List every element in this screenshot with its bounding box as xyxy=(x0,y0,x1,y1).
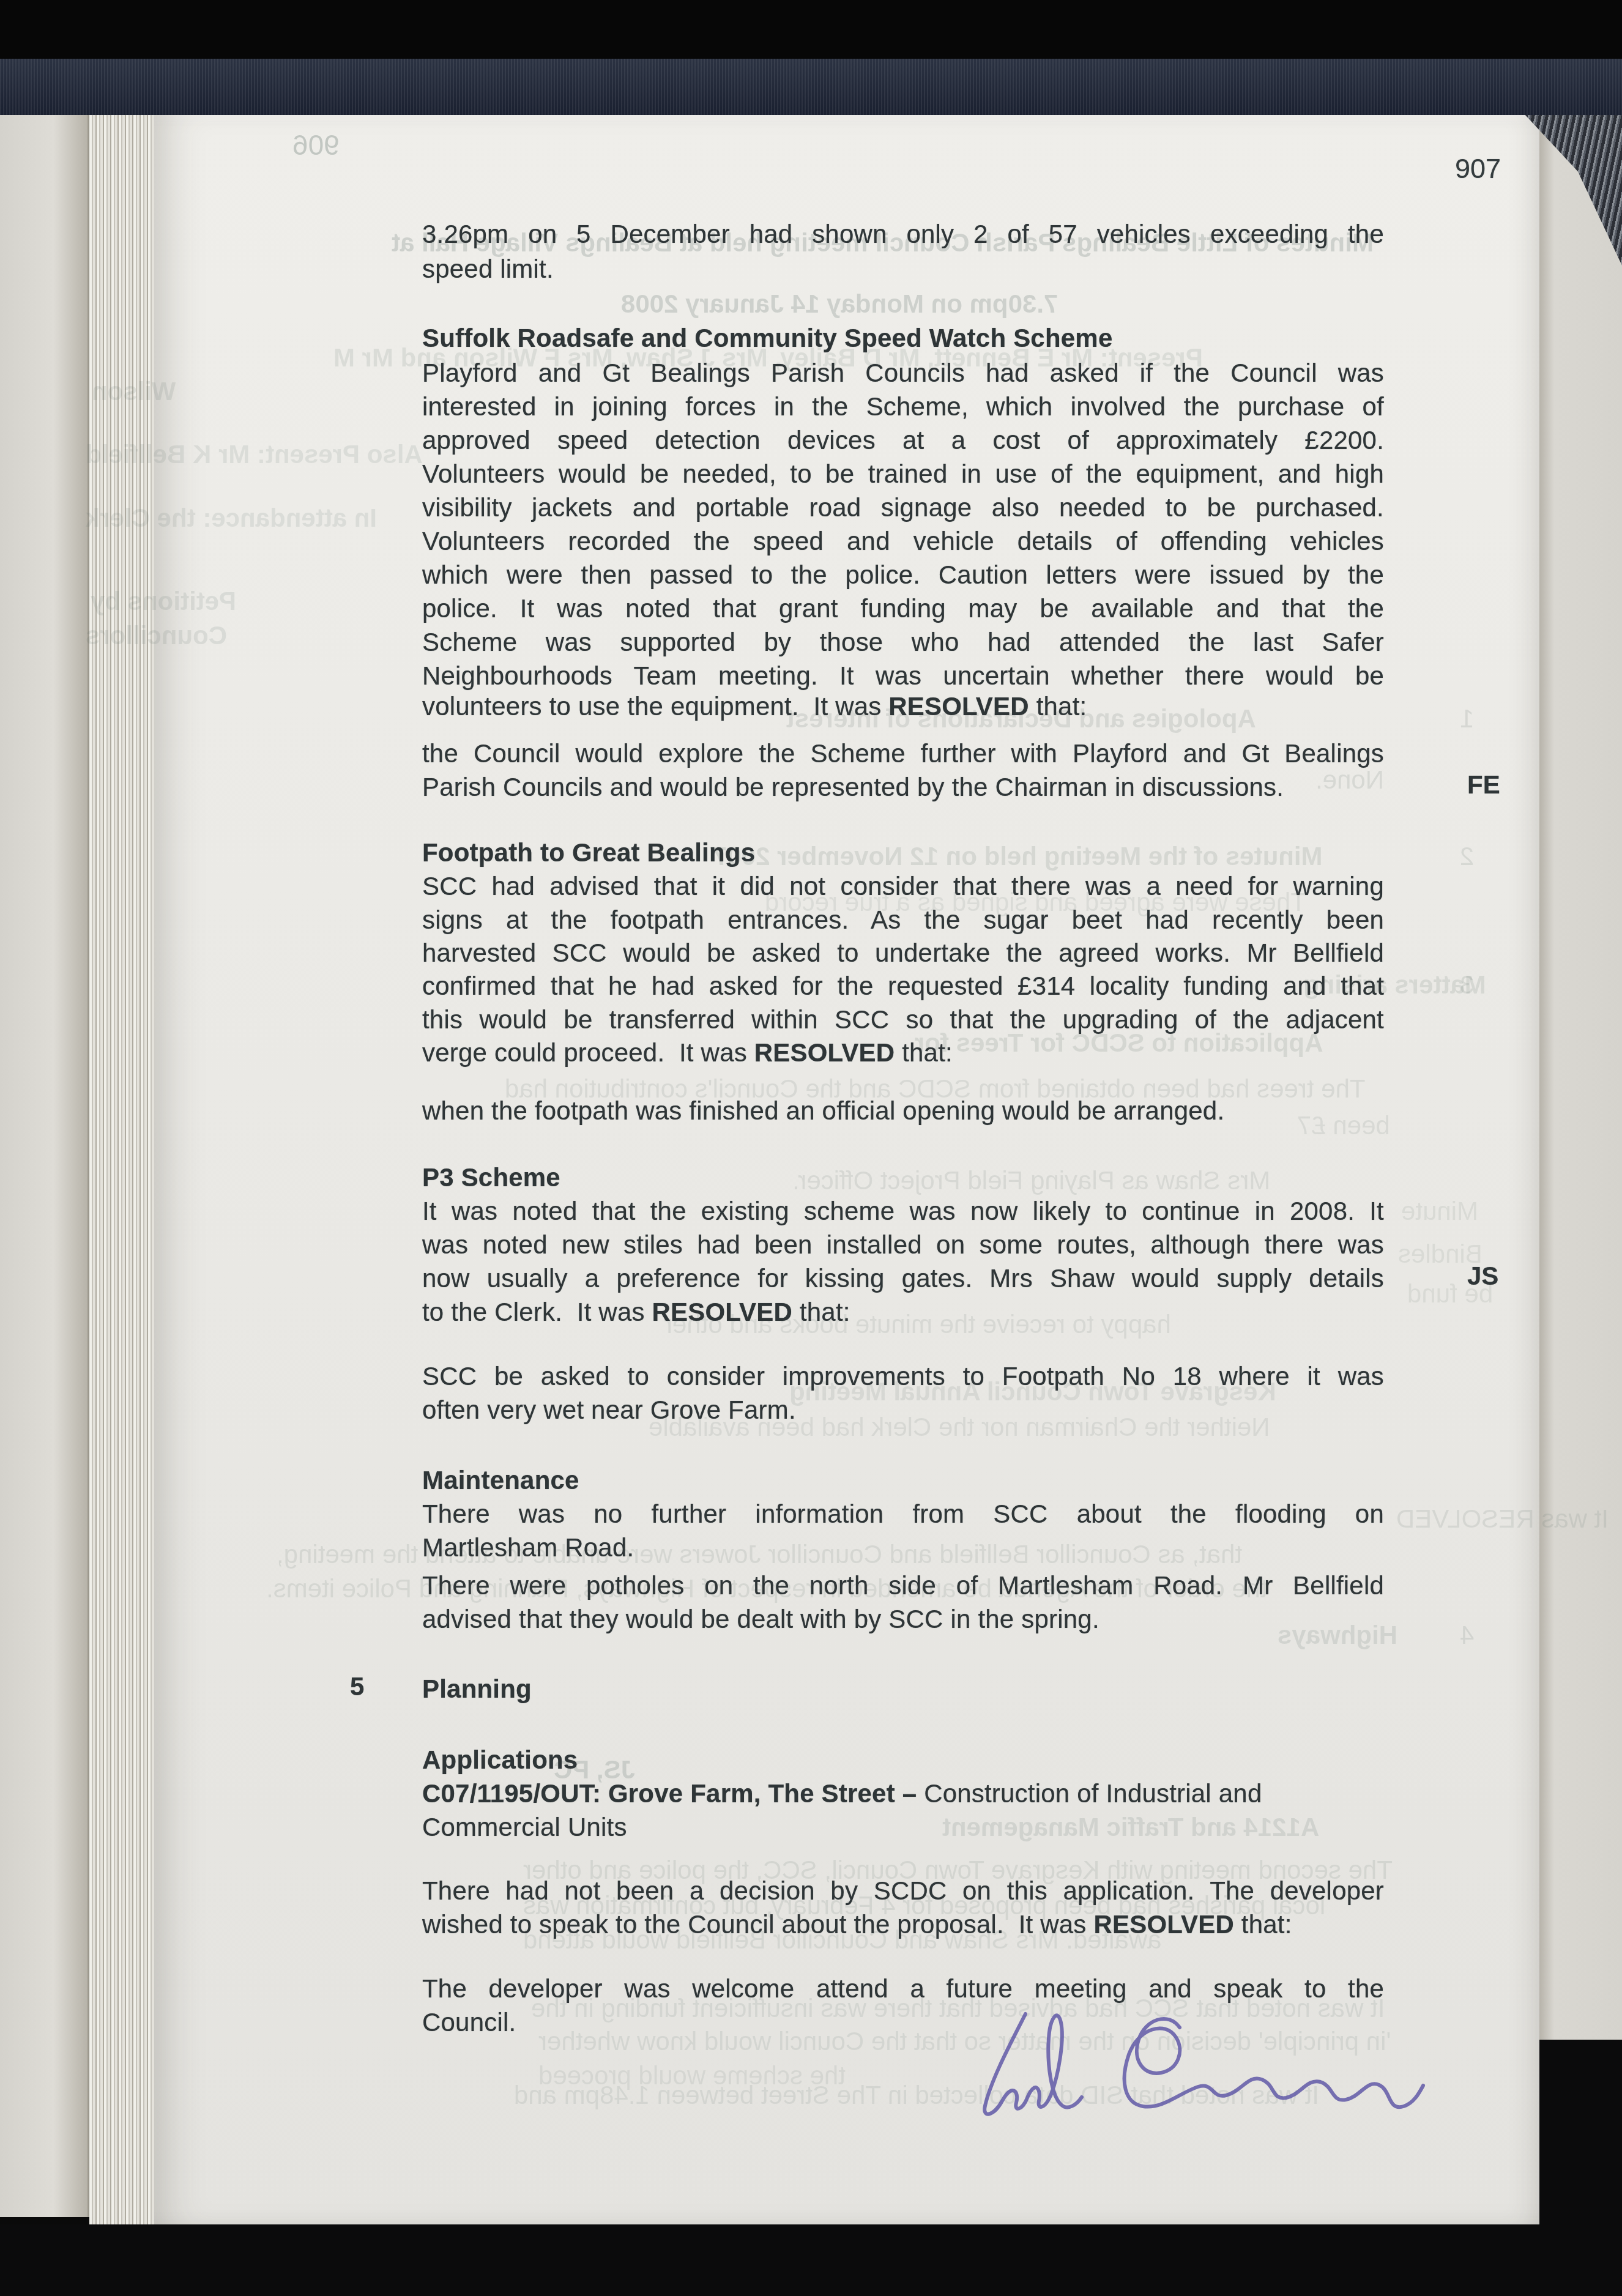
text-line: Footpath to Great Bealings xyxy=(422,836,1384,870)
text-segment: Martlesham Road. xyxy=(422,1533,634,1562)
text-line: Suffolk Roadsafe and Community Speed Wat… xyxy=(422,321,1384,355)
text-line: interested in joining forces in the Sche… xyxy=(422,390,1384,424)
text-segment: wished to speak to the Council about the… xyxy=(422,1910,1093,1939)
signature-ink xyxy=(967,2001,1517,2141)
text-line: Martlesham Road. xyxy=(422,1531,1384,1565)
text-segment-bold: RESOLVED xyxy=(1093,1910,1234,1939)
text-line: confirmed that he had asked for the requ… xyxy=(422,969,1384,1003)
text-segment: speed limit. xyxy=(422,254,554,283)
text-segment: 3.26pm on 5 December had shown only 2 of… xyxy=(422,220,1384,248)
text-segment: Parish Councils and would be represented… xyxy=(422,773,1284,801)
text-segment: SCC had advised that it did not consider… xyxy=(422,872,1384,901)
text-segment: Commercial Units xyxy=(422,1813,627,1841)
text-segment: Scheme was supported by those who had at… xyxy=(422,628,1384,656)
text-segment-bold: RESOLVED xyxy=(754,1038,895,1067)
text-segment: volunteers to use the equipment. It was xyxy=(422,692,888,721)
text-segment: Volunteers would be needed, to be traine… xyxy=(422,459,1384,488)
text-segment: harvested SCC would be asked to undertak… xyxy=(422,938,1384,967)
text-segment-bold: RESOLVED xyxy=(652,1298,793,1326)
text-line: volunteers to use the equipment. It was … xyxy=(422,689,1384,724)
text-line: Scheme was supported by those who had at… xyxy=(422,625,1384,659)
text-line: Neighbourhoods Team meeting. It was unce… xyxy=(422,659,1384,693)
text-line: Planning xyxy=(422,1672,1384,1706)
text-segment: interested in joining forces in the Sche… xyxy=(422,392,1384,421)
text-segment-bold: Planning xyxy=(422,1674,532,1703)
text-segment: Council. xyxy=(422,2008,516,2037)
text-line: was noted new stiles had been installed … xyxy=(422,1228,1384,1262)
text-segment-bold: Maintenance xyxy=(422,1466,579,1495)
text-segment: that: xyxy=(1234,1910,1292,1939)
text-line: wished to speak to the Council about the… xyxy=(422,1908,1384,1942)
text-line: Parish Councils and would be represented… xyxy=(422,770,1384,804)
text-segment: confirmed that he had asked for the requ… xyxy=(422,972,1384,1000)
text-line: Playford and Gt Bealings Parish Councils… xyxy=(422,356,1384,390)
agenda-item-number: 5 xyxy=(350,1672,364,1701)
text-segment-bold: Applications xyxy=(422,1745,578,1774)
text-line: verge could proceed. It was RESOLVED tha… xyxy=(422,1036,1384,1070)
text-line: now usually a preference for kissing gat… xyxy=(422,1261,1384,1296)
text-segment: There was no further information from SC… xyxy=(422,1499,1384,1528)
text-segment-bold: P3 Scheme xyxy=(422,1163,560,1192)
text-segment-bold: C07/1195/OUT: Grove Farm, The Street – xyxy=(422,1779,924,1808)
text-line: this would be transferred within SCC so … xyxy=(422,1003,1384,1037)
page-number: 907 xyxy=(1455,153,1501,185)
text-segment: SCC be asked to consider improvements to… xyxy=(422,1362,1384,1391)
photo-of-minute-book: 906Minutes of Little Bealings Parish Cou… xyxy=(0,0,1622,2296)
background-bottom xyxy=(0,2224,1622,2296)
text-segment: Playford and Gt Bealings Parish Councils… xyxy=(422,359,1384,387)
text-line: visibility jackets and portable road sig… xyxy=(422,491,1384,525)
text-segment: advised that they would be dealt with by… xyxy=(422,1605,1099,1633)
text-segment: The developer was welcome attend a futur… xyxy=(422,1974,1384,2003)
text-line: Volunteers recorded the speed and vehicl… xyxy=(422,524,1384,559)
text-line: SCC had advised that it did not consider… xyxy=(422,869,1384,904)
margin-initials-js: JS xyxy=(1467,1261,1498,1291)
background-top xyxy=(0,0,1622,60)
text-segment: often very wet near Grove Farm. xyxy=(422,1395,796,1424)
text-line: which were then passed to the police. Ca… xyxy=(422,558,1384,592)
text-line: Applications xyxy=(422,1743,1384,1777)
text-segment: Neighbourhoods Team meeting. It was unce… xyxy=(422,661,1384,690)
text-line: often very wet near Grove Farm. xyxy=(422,1393,1384,1427)
text-segment: signs at the footpath entrances. As the … xyxy=(422,905,1384,934)
text-line: Maintenance xyxy=(422,1463,1384,1498)
text-line: P3 Scheme xyxy=(422,1161,1384,1195)
text-segment: that: xyxy=(1029,692,1087,721)
text-segment: visibility jackets and portable road sig… xyxy=(422,493,1384,522)
text-segment: Construction of Industrial and xyxy=(924,1779,1262,1808)
body-text-layer: 3.26pm on 5 December had shown only 2 of… xyxy=(0,0,1622,2296)
text-line: the Council would explore the Scheme fur… xyxy=(422,737,1384,771)
text-segment: when the footpath was finished an offici… xyxy=(422,1096,1224,1125)
text-line: signs at the footpath entrances. As the … xyxy=(422,903,1384,937)
text-line: 3.26pm on 5 December had shown only 2 of… xyxy=(422,217,1384,251)
text-line: advised that they would be dealt with by… xyxy=(422,1602,1384,1637)
text-line: harvested SCC would be asked to undertak… xyxy=(422,936,1384,970)
text-line: police. It was noted that grant funding … xyxy=(422,592,1384,626)
text-line: Commercial Units xyxy=(422,1810,1384,1845)
margin-initials-fe: FE xyxy=(1467,770,1500,800)
text-segment: verge could proceed. It was xyxy=(422,1038,754,1067)
text-segment: It was noted that the existing scheme wa… xyxy=(422,1197,1384,1225)
text-line: to the Clerk. It was RESOLVED that: xyxy=(422,1295,1384,1329)
signature-stroke-1 xyxy=(984,2014,1082,2114)
text-segment: was noted new stiles had been installed … xyxy=(422,1230,1384,1259)
text-segment: this would be transferred within SCC so … xyxy=(422,1005,1384,1034)
text-segment: which were then passed to the police. Ca… xyxy=(422,560,1384,589)
background-bottom-right xyxy=(1539,2040,1622,2229)
text-line: when the footpath was finished an offici… xyxy=(422,1094,1384,1128)
text-segment: Volunteers recorded the speed and vehicl… xyxy=(422,527,1384,555)
text-line: It was noted that the existing scheme wa… xyxy=(422,1194,1384,1228)
text-line: speed limit. xyxy=(422,252,1384,286)
text-line: There was no further information from SC… xyxy=(422,1497,1384,1531)
text-segment-bold: RESOLVED xyxy=(888,692,1029,721)
text-segment: to the Clerk. It was xyxy=(422,1298,652,1326)
text-line: approved speed detection devices at a co… xyxy=(422,423,1384,458)
text-line: There had not been a decision by SCDC on… xyxy=(422,1874,1384,1908)
text-line: There were potholes on the north side of… xyxy=(422,1569,1384,1603)
text-segment: There were potholes on the north side of… xyxy=(422,1571,1384,1600)
text-line: SCC be asked to consider improvements to… xyxy=(422,1359,1384,1394)
text-segment-bold: Suffolk Roadsafe and Community Speed Wat… xyxy=(422,324,1112,352)
text-segment: There had not been a decision by SCDC on… xyxy=(422,1876,1384,1905)
text-line: C07/1195/OUT: Grove Farm, The Street – C… xyxy=(422,1777,1384,1811)
signature-stroke-2 xyxy=(1125,2019,1423,2107)
text-segment: approved speed detection devices at a co… xyxy=(422,426,1384,455)
text-segment: now usually a preference for kissing gat… xyxy=(422,1264,1384,1293)
text-line: Volunteers would be needed, to be traine… xyxy=(422,457,1384,491)
text-segment: the Council would explore the Scheme fur… xyxy=(422,739,1384,768)
text-segment: police. It was noted that grant funding … xyxy=(422,594,1384,623)
text-segment: that: xyxy=(792,1298,850,1326)
book-cover-edge xyxy=(0,59,1622,115)
text-segment: that: xyxy=(895,1038,953,1067)
text-segment-bold: Footpath to Great Bealings xyxy=(422,838,755,867)
